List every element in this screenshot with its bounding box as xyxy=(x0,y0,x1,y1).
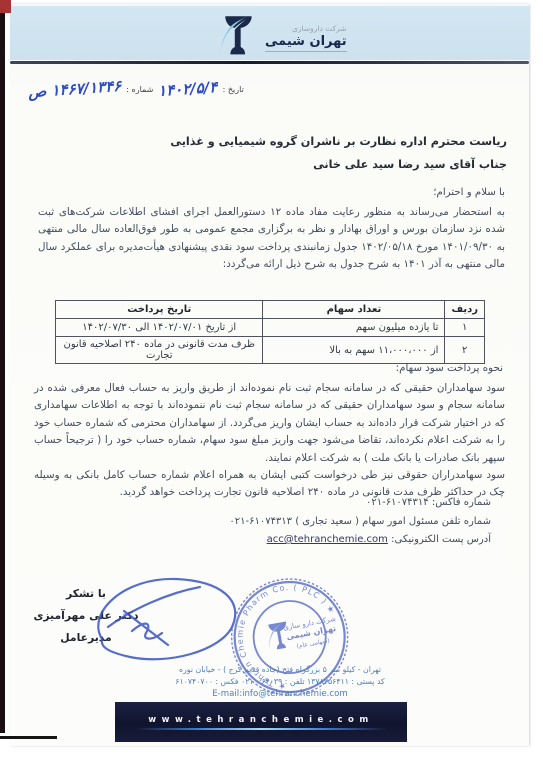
col-header-payment-date: تاریخ پرداخت xyxy=(56,301,263,319)
recipient-block: ریاست محترم اداره نظارت بر ناشران گروه ش… xyxy=(170,130,507,176)
footer-contact-block: تهران - کیلو متر ۵ بزرگراه فتح (جاده قدی… xyxy=(105,664,455,701)
company-name: شرکت داروسازی تهران شیمی xyxy=(265,24,347,52)
number-label: شماره : xyxy=(126,85,153,94)
table-row: ۲ از ۱۱،۰۰۰،۰۰۰ سهم به بالا ظرف مدت قانو… xyxy=(56,337,485,364)
payment-method-heading: نحوه پرداخت سود سهام: xyxy=(396,362,503,374)
phone-line: شماره تلفن مسئول امور سهام ( سعید تجاری … xyxy=(229,513,491,532)
company-logo: شرکت داروسازی تهران شیمی xyxy=(215,13,347,63)
letter-meta: تاریخ : ۱۴۰۲/۵/۴ شماره : ۱۴۶۷/۱۳۴۶ ص xyxy=(28,80,244,98)
email-link[interactable]: acc@tehranchemie.com xyxy=(267,534,388,545)
email-line: آدرس پست الکترونیکی: acc@tehranchemie.co… xyxy=(229,531,491,550)
company-name-line2: تهران شیمی xyxy=(265,34,347,49)
footer-website-bar: www.tehranchemie.com xyxy=(115,702,407,742)
cell-shares: تا یازده میلیون سهم xyxy=(263,319,445,337)
col-header-row-number: ردیف xyxy=(445,301,485,319)
scanned-letter: شرکت داروسازی تهران شیمی تاریخ : ۱۴۰۲/۵/… xyxy=(0,0,543,759)
stamp-text-line3: (سهامی عام) xyxy=(296,637,330,650)
cell-payment-date: ظرف مدت قانونی در ماده ۲۴۰ اصلاحیه قانون… xyxy=(56,337,263,364)
letter-page: شرکت داروسازی تهران شیمی تاریخ : ۱۴۰۲/۵/… xyxy=(10,4,529,746)
table-row: ۱ تا یازده میلیون سهم از تاریخ ۱۴۰۲/۰۷/۰… xyxy=(56,319,485,337)
recipient-line1: ریاست محترم اداره نظارت بر ناشران گروه ش… xyxy=(170,130,507,153)
contact-block: شماره فاکس: ۶۱۰۷۴۳۱۴-۰۲۱ شماره تلفن مسئو… xyxy=(229,494,491,550)
scan-edge-strip xyxy=(0,0,5,733)
cell-payment-date: از تاریخ ۱۴۰۲/۰۷/۰۱ الی ۱۴۰۲/۰۷/۳۰ xyxy=(56,319,263,337)
payment-schedule-table: ردیف تعداد سهام تاریخ پرداخت ۱ تا یازده … xyxy=(55,300,485,364)
scan-corner-mark xyxy=(0,0,11,13)
fax-line: شماره فاکس: ۶۱۰۷۴۳۱۴-۰۲۱ xyxy=(229,494,491,513)
footer-postal-phone: کد پستی : ۱۳۷۸۷۵۶۴۱۱ تلفن : ۶۴۰۳۹ - ۰۲۱ … xyxy=(105,676,455,688)
cell-row-number: ۱ xyxy=(445,319,485,337)
col-header-shares: تعداد سهام xyxy=(263,301,445,319)
footer-email: E-mail:info@tehranchemie.com xyxy=(105,688,455,701)
payment-paragraph-individuals: سود سهامداران حقیقی که در سامانه سجام ثب… xyxy=(34,380,505,467)
footer-address: تهران - کیلو متر ۵ بزرگراه فتح (جاده قدی… xyxy=(105,664,455,676)
table-header-row: ردیف تعداد سهام تاریخ پرداخت xyxy=(56,301,485,319)
body-paragraph: به استحضار می‌رساند به منظور رعایت مفاد … xyxy=(38,204,505,274)
date-label: تاریخ : xyxy=(223,85,244,94)
email-label: آدرس پست الکترونیکی: xyxy=(391,534,491,545)
salutation: با سلام و احترام؛ xyxy=(433,187,505,198)
cell-shares: از ۱۱،۰۰۰،۰۰۰ سهم به بالا xyxy=(263,337,445,364)
company-name-line1: شرکت داروسازی xyxy=(292,24,346,33)
recipient-line2: جناب آقای سید رضا سید علی خانی xyxy=(170,153,507,176)
cell-row-number: ۲ xyxy=(445,337,485,364)
tehran-chemie-logo-icon xyxy=(215,13,259,63)
date-handwritten-value: ۱۴۰۲/۵/۴ xyxy=(158,78,218,100)
scan-bottom-line xyxy=(0,736,57,739)
website-url: www.tehranchemie.com xyxy=(148,715,373,725)
number-handwritten-value: ۱۴۶۷/۱۳۴۶ ص xyxy=(27,77,121,101)
footer-bar-glow-line xyxy=(135,728,386,730)
